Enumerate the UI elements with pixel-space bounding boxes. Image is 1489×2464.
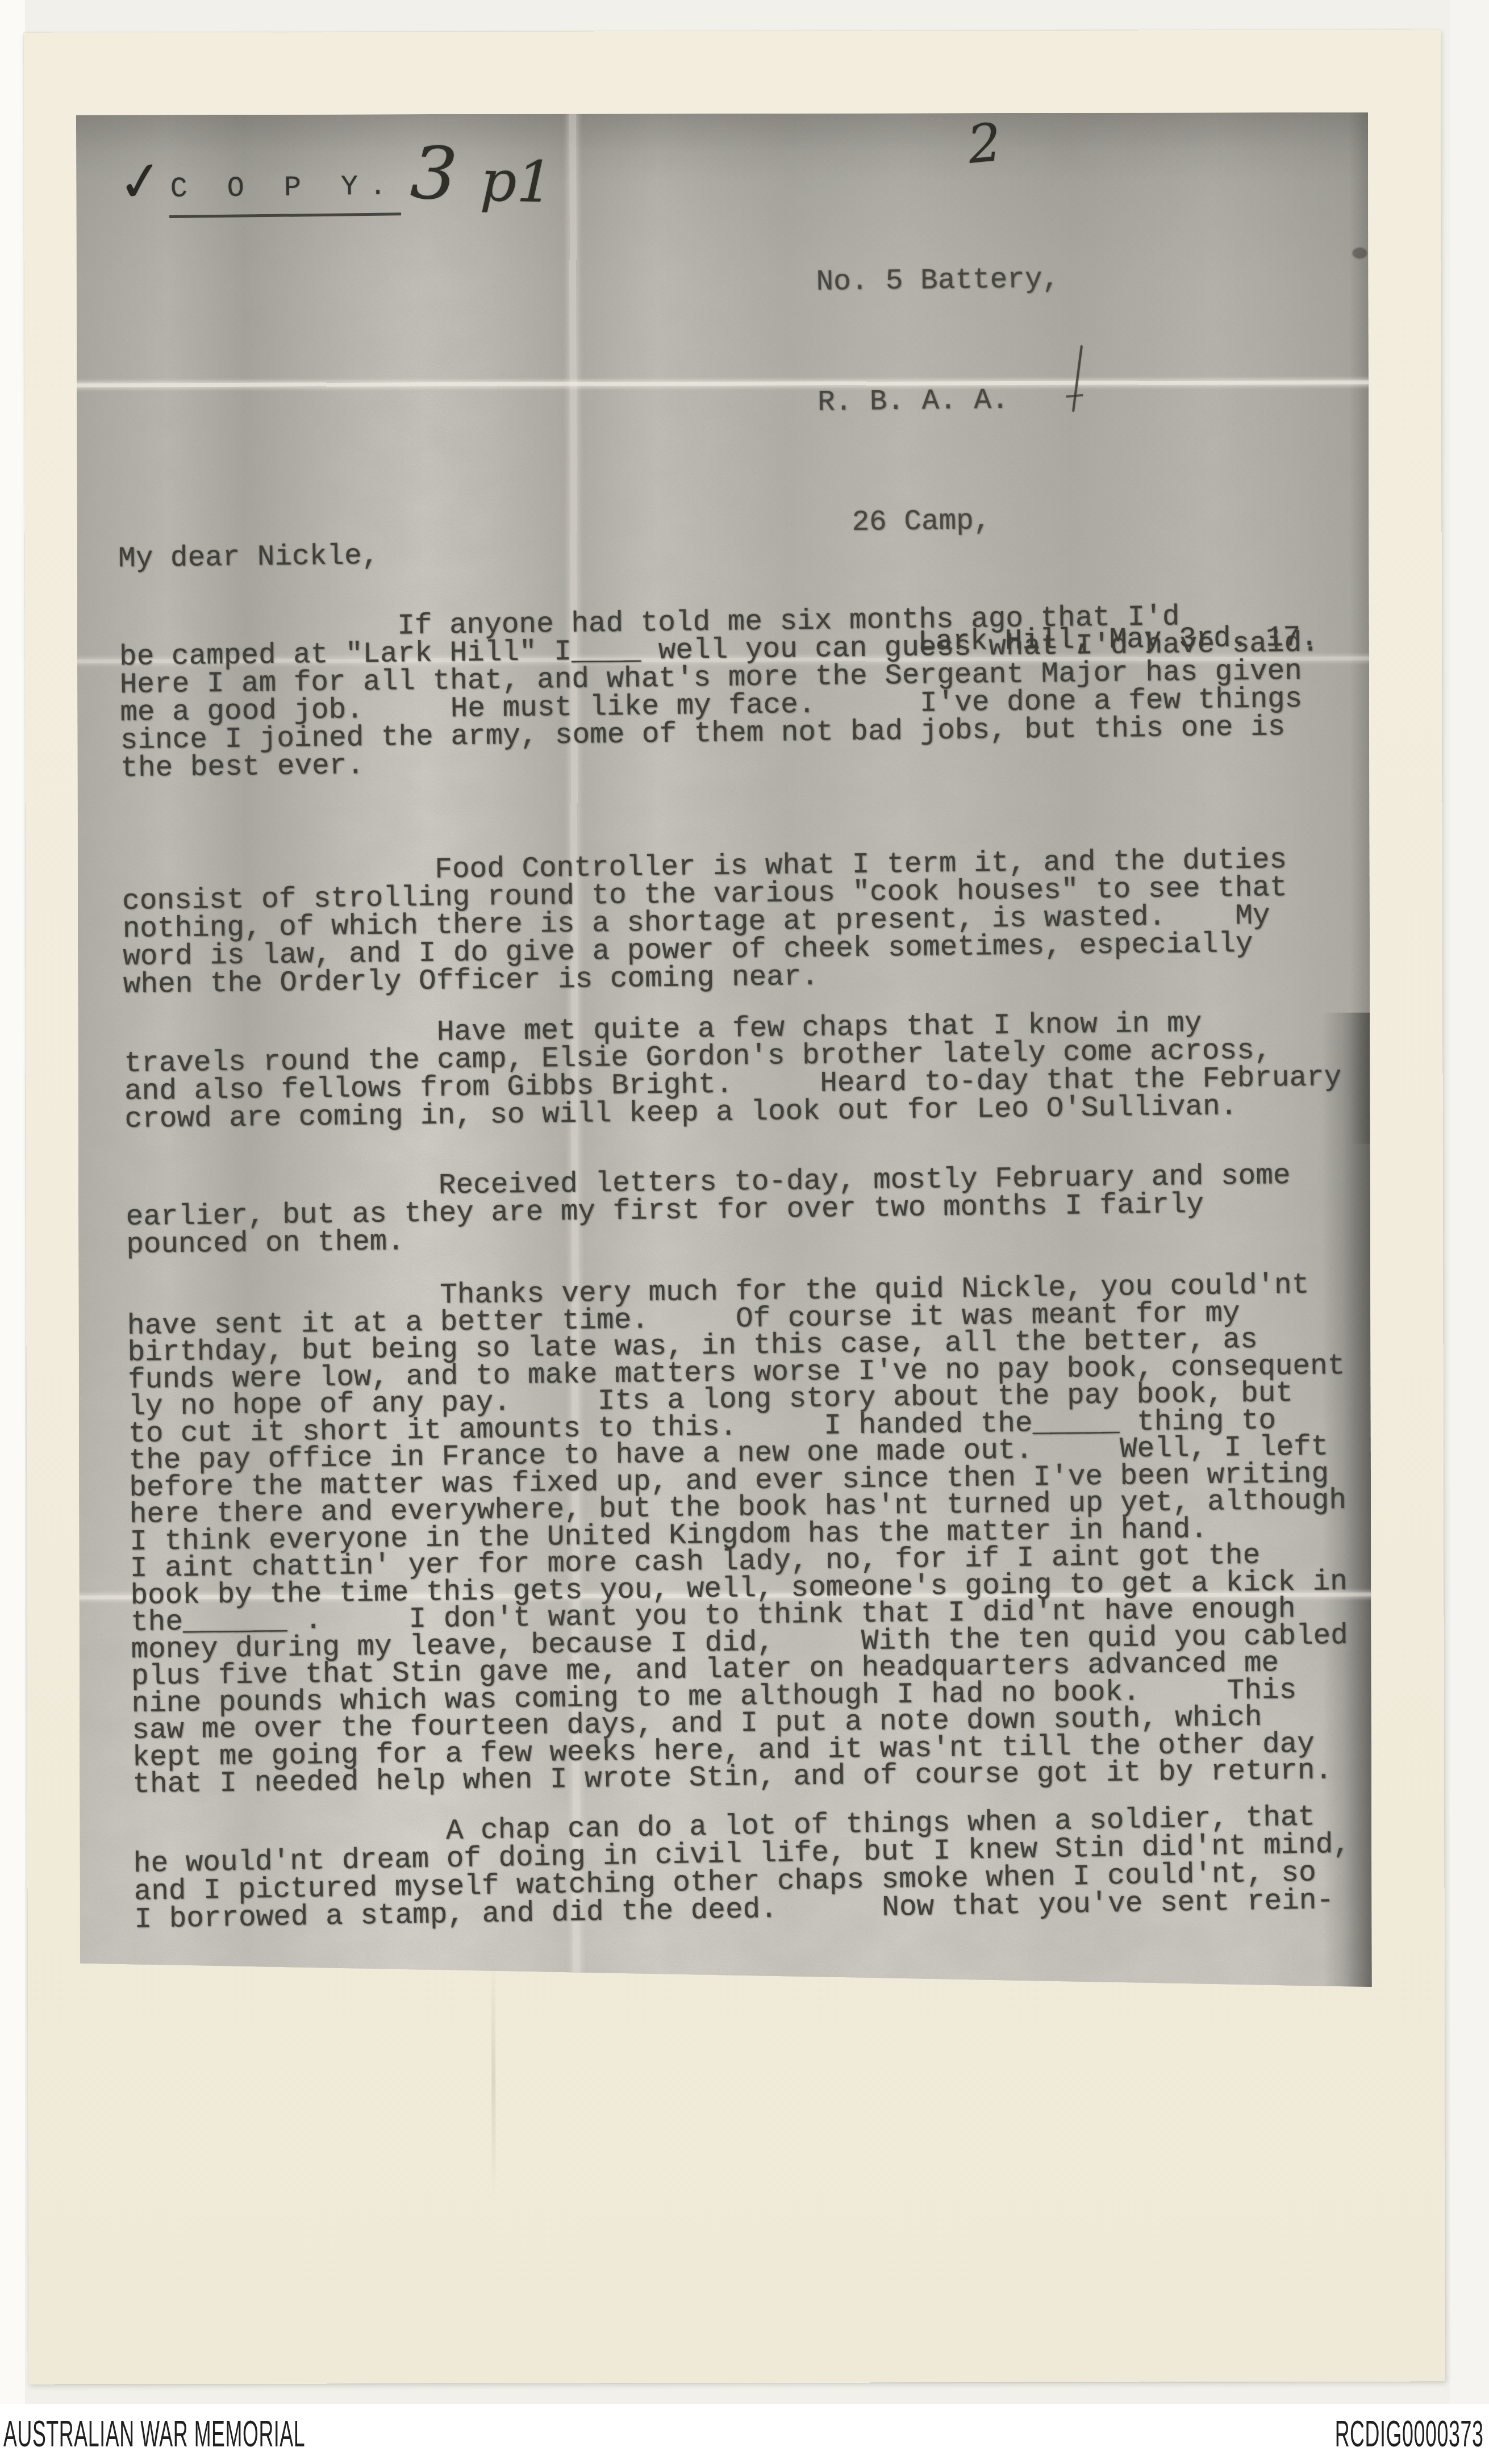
letter-paragraph: Thanks very much for the quid Nickle, yo… [127,1271,1433,1798]
letter-paragraph: Received letters to-day, mostly February… [126,1160,1428,1259]
footer-bar: AUSTRALIAN WAR MEMORIAL RCDIG0000373 [0,2404,1489,2464]
letter-paragraph: A chap can do a lot of things when a sol… [133,1802,1436,1934]
copy-annotation-row: ✓ C O P Y. 3 p1 [118,149,553,219]
handwritten-page-mark: 3 [410,141,460,207]
letterhead-unit: No. 5 Battery, [816,263,1314,333]
check-mark-icon: ✓ [115,152,166,211]
letterhead-corps: R. B. A. A. [818,383,1316,454]
letter-paragraph: Have met quite a few chaps that I know i… [124,1007,1426,1134]
handwritten-leaf-mark: p1 [479,152,553,211]
letter-paragraph: If anyone had told me six months ago tha… [119,600,1421,783]
copy-stamp: C O P Y. [169,167,402,218]
salutation: My dear Nickle, [118,542,379,573]
handwritten-page-number: 2 [965,112,1004,176]
footer-institution: AUSTRALIAN WAR MEMORIAL [3,2413,305,2455]
letter-paper: ✓ C O P Y. 3 p1 2 No. 5 Battery, R. B. A… [24,30,1446,2384]
letterhead-camp: 26 Camp, [852,504,1317,574]
footer-id: RCDIG0000373 [1334,2413,1483,2455]
typed-content-layer: ✓ C O P Y. 3 p1 2 No. 5 Battery, R. B. A… [14,23,1458,2391]
letter-paragraph: Food Controller is what I term it, and t… [122,845,1424,999]
